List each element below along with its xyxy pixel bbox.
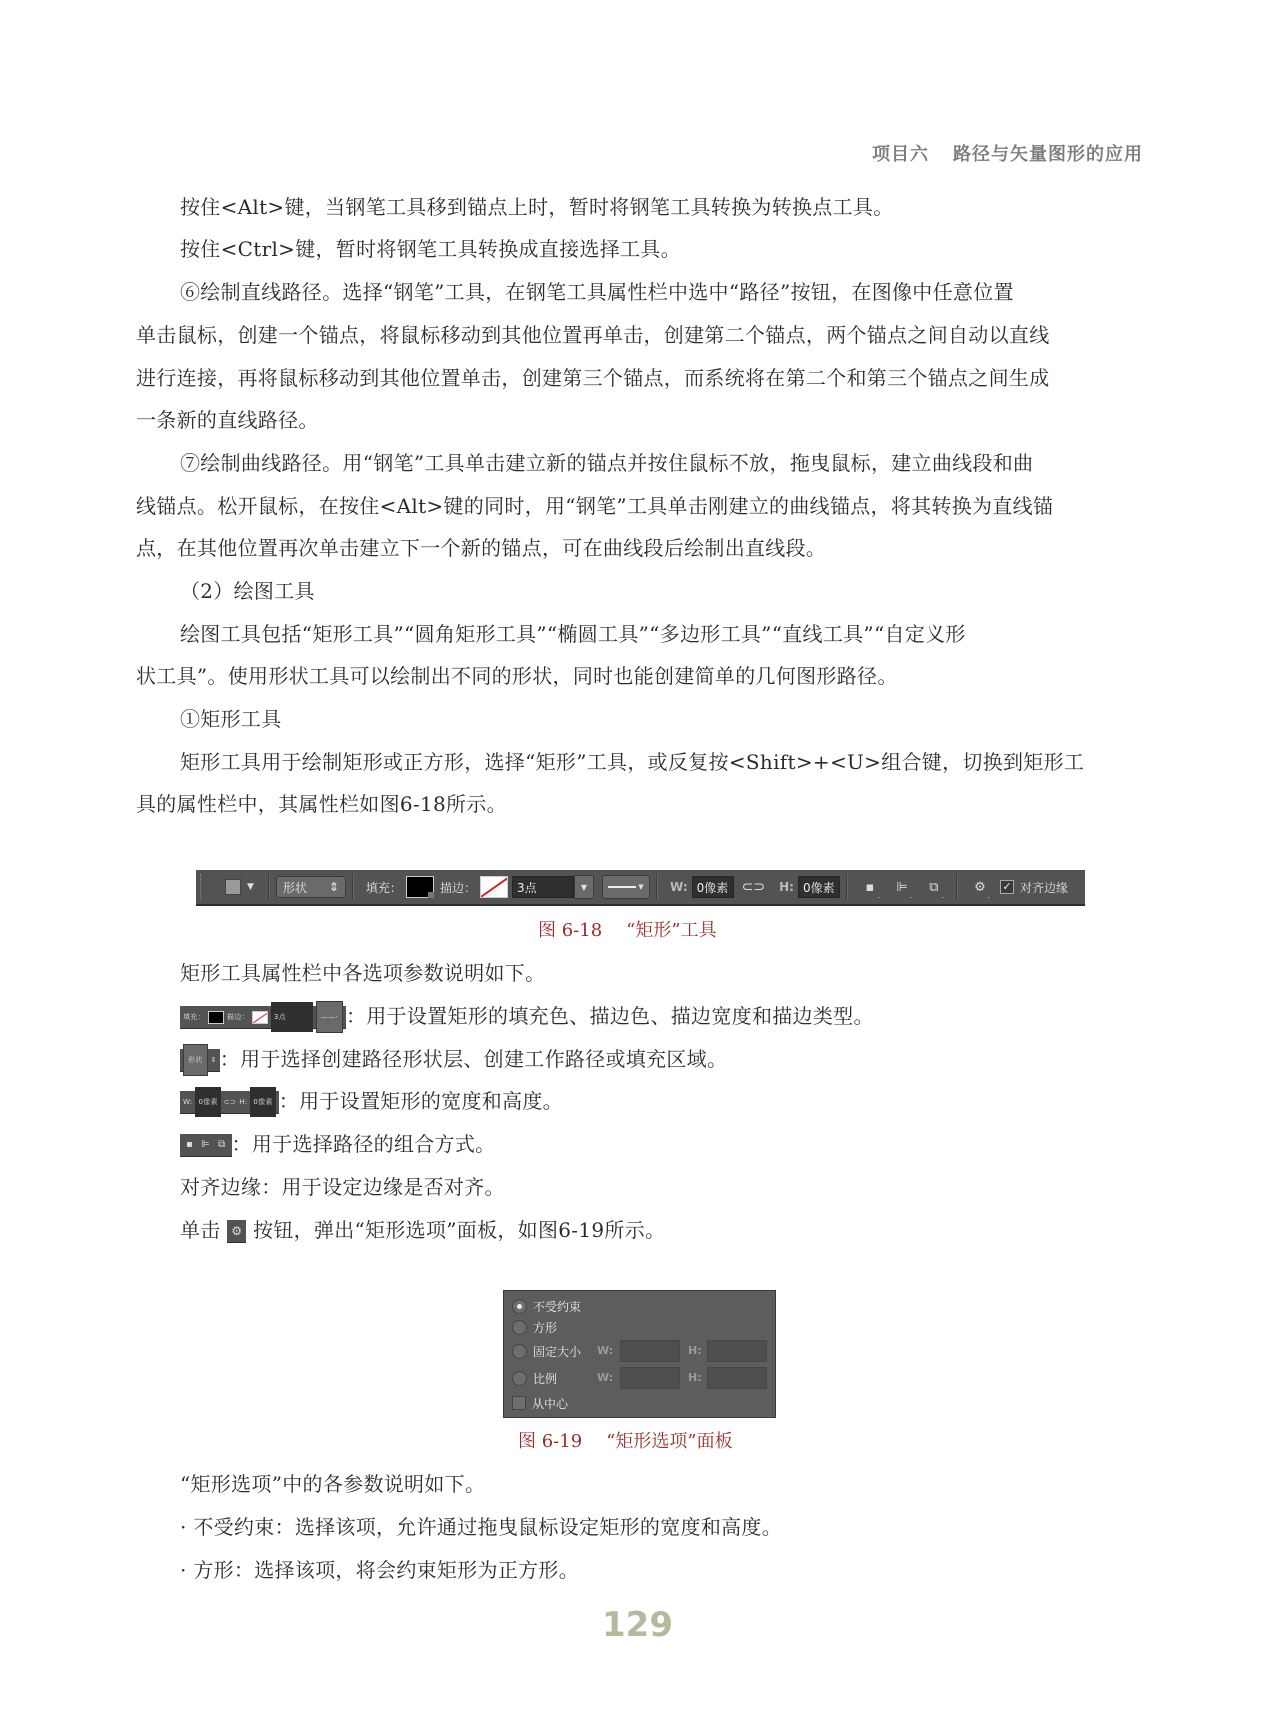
link-icon[interactable]: ⊂⊃ xyxy=(742,879,765,895)
fixed-w-label: W: xyxy=(597,1344,613,1357)
gear-icon[interactable]: ⚙. xyxy=(969,876,991,898)
ratio-height-input[interactable] xyxy=(707,1367,767,1389)
paragraph: 对齐边缘：用于设定边缘是否对齐。 xyxy=(180,1173,1144,1201)
option-label: 固定大小 xyxy=(533,1343,581,1360)
align-edges-checkbox[interactable]: ✓ xyxy=(1000,880,1014,894)
stroke-width-dropdown[interactable]: ▼ xyxy=(574,875,594,899)
paragraph: 具的属性栏中，其属性栏如图6-18所示。 xyxy=(136,790,1144,818)
paragraph: 一条新的直线路径。 xyxy=(136,406,1144,434)
mini-fill-label: 填充： xyxy=(183,1003,205,1031)
bullet-item: · 不受约束：选择该项，允许通过拖曳鼠标设定矩形的宽度和高度。 xyxy=(180,1513,1188,1541)
option-label: 比例 xyxy=(533,1370,557,1387)
radio-button[interactable] xyxy=(512,1299,527,1314)
mini-w-label: W: xyxy=(183,1088,192,1116)
option-label: 不受约束 xyxy=(533,1298,581,1315)
radio-button[interactable] xyxy=(512,1344,527,1359)
desc-text: ：用于选择路径的组合方式。 xyxy=(232,1132,496,1156)
ratio-h-label: H: xyxy=(688,1371,702,1384)
mini-stroke-type: ——· xyxy=(316,1001,343,1033)
mini-h-label: H: xyxy=(239,1088,247,1116)
fixed-h-label: H: xyxy=(688,1344,702,1357)
running-header: 项目六路径与矢量图形的应用 xyxy=(872,140,1143,166)
option-fixed-size[interactable]: 固定大小 xyxy=(512,1341,581,1361)
desc-text: ：用于设置矩形的宽度和高度。 xyxy=(279,1089,563,1113)
desc-text: 单击 xyxy=(180,1218,221,1242)
mini-w-value: 0像素 xyxy=(195,1087,220,1117)
path-operations-icon[interactable]: ▪. xyxy=(859,876,881,898)
radio-button[interactable] xyxy=(512,1320,527,1335)
path-operations-icon: ▪ xyxy=(186,1131,193,1159)
option-proportional[interactable]: 比例 xyxy=(512,1368,557,1388)
paragraph: “矩形选项”中的各参数说明如下。 xyxy=(180,1470,1188,1498)
height-input[interactable]: 0像素 xyxy=(798,876,840,898)
rectangle-options-panel: 不受约束 方形 固定大小 W: H: 比例 W: H: 从中心 xyxy=(503,1290,776,1418)
mini-fill-stroke-bar: 填充： 描边： 3点 ——· xyxy=(180,1006,346,1029)
desc-combine: ▪⊫⧉：用于选择路径的组合方式。 xyxy=(180,1130,1144,1158)
figure-caption: 图 6-18“矩形”工具 xyxy=(538,916,717,942)
path-alignment-icon[interactable]: ⊫. xyxy=(891,876,913,898)
dropdown-corner-icon xyxy=(428,892,434,898)
option-label: 从中心 xyxy=(532,1395,568,1412)
mini-mode-select: 形状⇕ xyxy=(180,1049,220,1072)
paragraph: 进行连接，再将鼠标移动到其他位置单击，创建第三个锚点，而系统将在第二个和第三个锚… xyxy=(136,364,1144,392)
chevron-down-icon[interactable]: ▼ xyxy=(247,882,254,892)
updown-arrows-icon: ⇕ xyxy=(211,1046,217,1074)
drag-grip[interactable] xyxy=(200,874,205,900)
paragraph: 矩形工具用于绘制矩形或正方形，选择“矩形”工具，或反复按<Shift>+<U>组… xyxy=(180,748,1144,776)
mini-mode-value: 形状 xyxy=(183,1044,208,1076)
fixed-height-input[interactable] xyxy=(707,1340,767,1362)
stroke-width-input[interactable]: 3点 xyxy=(512,876,574,898)
mini-stroke-swatch xyxy=(252,1011,268,1024)
path-arrangement-icon: ⧉ xyxy=(218,1131,225,1159)
paragraph: 矩形工具属性栏中各选项参数说明如下。 xyxy=(180,959,1144,987)
fixed-width-input[interactable] xyxy=(620,1340,680,1362)
section-heading: （2）绘图工具 xyxy=(180,577,1144,605)
gear-icon: ⚙ xyxy=(227,1220,246,1243)
line-icon xyxy=(608,886,636,888)
desc-fill-stroke: 填充： 描边： 3点 ——· ：用于设置矩形的填充色、描边色、描边宽度和描边类型… xyxy=(180,1002,1144,1030)
mini-path-ops: ▪⊫⧉ xyxy=(180,1134,232,1157)
subsection-heading: ①矩形工具 xyxy=(180,705,1144,733)
paragraph: 状工具”。使用形状工具可以绘制出不同的形状，同时也能创建简单的几何图形路径。 xyxy=(136,662,1144,690)
mode-select-value: 形状 xyxy=(283,879,307,896)
rectangle-tool-icon[interactable] xyxy=(225,879,241,895)
width-label: W: xyxy=(670,880,688,894)
ratio-w-label: W: xyxy=(597,1371,613,1384)
paragraph: 点，在其他位置再次单击建立下一个新的锚点，可在曲线段后绘制出直线段。 xyxy=(136,534,1144,562)
height-label: H: xyxy=(779,880,794,894)
divider xyxy=(956,874,958,900)
width-input[interactable]: 0像素 xyxy=(692,876,734,898)
stroke-color-swatch[interactable] xyxy=(480,876,508,898)
desc-mode: 形状⇕：用于选择创建路径形状层、创建工作路径或填充区域。 xyxy=(180,1045,1144,1073)
stroke-type-select[interactable]: ▼ xyxy=(602,875,650,899)
desc-text: 按钮，弹出“矩形选项”面板，如图6-19所示。 xyxy=(253,1218,665,1242)
desc-gear: 单击 ⚙ 按钮，弹出“矩形选项”面板，如图6-19所示。 xyxy=(180,1216,1144,1244)
paragraph: 按住<Ctrl>键，暂时将钢笔工具转换成直接选择工具。 xyxy=(180,235,1144,263)
option-square[interactable]: 方形 xyxy=(512,1317,557,1337)
figure-title: “矩形”工具 xyxy=(626,920,716,941)
updown-arrows-icon: ⇕ xyxy=(329,880,339,894)
divider xyxy=(656,874,658,900)
figure-caption: 图 6-19“矩形选项”面板 xyxy=(518,1427,733,1453)
paragraph: 单击鼠标，创建一个锚点，将鼠标移动到其他位置再单击，创建第二个锚点，两个锚点之间… xyxy=(136,321,1144,349)
stroke-label: 描边： xyxy=(440,879,476,896)
paragraph: ⑦绘制曲线路径。用“钢笔”工具单击建立新的锚点并按住鼠标不放，拖曳鼠标，建立曲线… xyxy=(180,449,1144,477)
option-unconstrained[interactable]: 不受约束 xyxy=(512,1296,581,1316)
paragraph: ⑥绘制直线路径。选择“钢笔”工具，在钢笔工具属性栏中选中“路径”按钮，在图像中任… xyxy=(180,278,1144,306)
align-edges-label: 对齐边缘 xyxy=(1020,879,1068,896)
link-icon: ⊂⊃ xyxy=(224,1088,236,1116)
divider xyxy=(268,874,270,900)
mini-h-value: 0像素 xyxy=(250,1087,275,1117)
chapter-label: 项目六 xyxy=(872,144,929,165)
divider xyxy=(846,874,848,900)
figure-title: “矩形选项”面板 xyxy=(606,1431,732,1452)
mode-select[interactable]: 形状 ⇕ xyxy=(276,876,346,898)
chevron-down-icon: ▼ xyxy=(638,883,643,891)
checkbox[interactable] xyxy=(512,1396,526,1410)
figure-number: 图 6-18 xyxy=(538,920,602,941)
fill-color-swatch[interactable] xyxy=(406,876,434,898)
paragraph: 按住<Alt>键，当钢笔工具移到锚点上时，暂时将钢笔工具转换为转换点工具。 xyxy=(180,193,1144,221)
paragraph: 线锚点。松开鼠标，在按住<Alt>键的同时，用“钢笔”工具单击刚建立的曲线锚点，… xyxy=(136,492,1144,520)
mini-stroke-width: 3点 xyxy=(271,1002,313,1032)
path-arrangement-icon[interactable]: ⧉. xyxy=(923,876,945,898)
bullet-item: · 方形：选择该项，将会约束矩形为正方形。 xyxy=(180,1556,1188,1584)
option-from-center[interactable]: 从中心 xyxy=(512,1393,568,1413)
chapter-title: 路径与矢量图形的应用 xyxy=(953,144,1143,165)
desc-text: ：用于选择创建路径形状层、创建工作路径或填充区域。 xyxy=(220,1047,728,1071)
figure-number: 图 6-19 xyxy=(518,1431,582,1452)
radio-button[interactable] xyxy=(512,1371,527,1386)
ratio-width-input[interactable] xyxy=(620,1367,680,1389)
mini-fill-swatch xyxy=(208,1011,224,1024)
path-alignment-icon: ⊫ xyxy=(201,1131,210,1159)
option-label: 方形 xyxy=(533,1319,557,1336)
page-number: 129 xyxy=(0,1605,1275,1645)
rectangle-tool-options-bar: ▼ 形状 ⇕ 填充： 描边： 3点 ▼ ▼ W: 0像素 ⊂⊃ H: 0像素 ▪… xyxy=(196,870,1085,906)
desc-text: ：用于设置矩形的填充色、描边色、描边宽度和描边类型。 xyxy=(346,1004,874,1028)
mini-size-fields: W:0像素 ⊂⊃ H:0像素 xyxy=(180,1091,279,1114)
divider xyxy=(352,874,354,900)
fill-label: 填充： xyxy=(366,879,402,896)
paragraph: 绘图工具包括“矩形工具”“圆角矩形工具”“椭圆工具”“多边形工具”“直线工具”“… xyxy=(180,620,1144,648)
mini-stroke-label: 描边： xyxy=(227,1003,249,1031)
desc-size: W:0像素 ⊂⊃ H:0像素 ：用于设置矩形的宽度和高度。 xyxy=(180,1087,1144,1115)
